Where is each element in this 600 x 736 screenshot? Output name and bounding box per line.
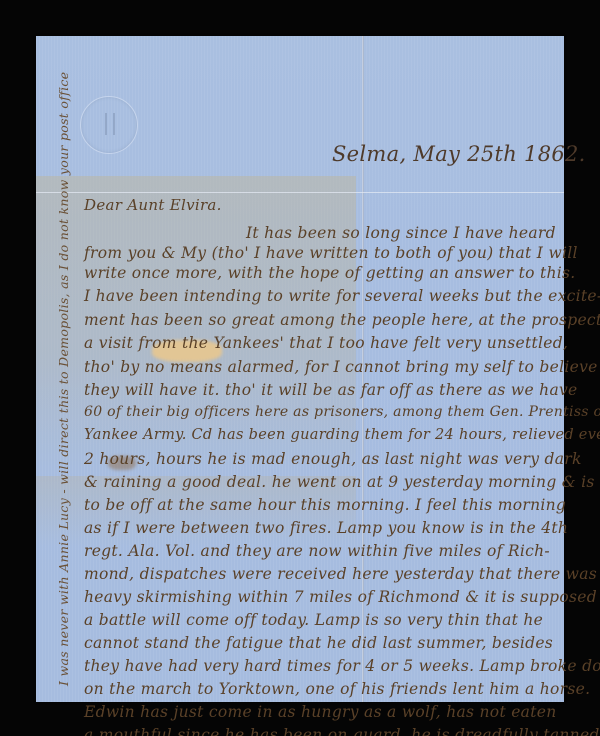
letter-line: Edwin has just come in as hungry as a wo… — [84, 703, 557, 721]
letter-line: on the march to Yorktown, one of his fri… — [84, 680, 590, 698]
letter-line: a visit from the Yankees' that I too hav… — [84, 334, 568, 352]
letter-line: tho' by no means alarmed, for I cannot b… — [84, 358, 598, 376]
letter-line: I have been intending to write for sever… — [84, 287, 600, 305]
letter-line: heavy skirmishing within 7 miles of Rich… — [84, 588, 597, 606]
letter-line: mond, dispatches were received here yest… — [84, 565, 597, 583]
letter-line: they have had very hard times for 4 or 5… — [84, 657, 600, 675]
letter-salutation: Dear Aunt Elvira. — [84, 196, 222, 214]
letter-line: from you & My (tho' I have written to bo… — [84, 244, 578, 262]
letter-line: write once more, with the hope of gettin… — [84, 264, 576, 282]
letter-line: a battle will come off today. Lamp is so… — [84, 611, 543, 629]
letter-line: & raining a good deal. he went on at 9 y… — [84, 473, 595, 491]
letter-line: ment has been so great among the people … — [84, 311, 600, 329]
letter-dateline: Selma, May 25th 1862. — [332, 142, 586, 166]
letter-line: Yankee Army. Cd has been guarding them f… — [84, 427, 600, 443]
letter-line: 60 of their big officers here as prisone… — [84, 404, 600, 420]
horizontal-fold-line — [36, 192, 564, 193]
embossed-stamp-icon — [80, 96, 138, 154]
letter-line: they will have it. tho' it will be as fa… — [84, 381, 578, 399]
letter-line: It has been so long since I have heard — [246, 224, 556, 242]
letter-line: 2 hours, hours he is mad enough, as last… — [84, 450, 582, 468]
letter-sheet: Selma, May 25th 1862. Dear Aunt Elvira. … — [36, 36, 564, 702]
margin-note-vertical: I was never with Annie Lucy - will direc… — [56, 72, 71, 686]
letter-line: to be off at the same hour this morning.… — [84, 496, 566, 514]
letter-line: as if I were between two fires. Lamp you… — [84, 519, 568, 537]
letter-line: cannot stand the fatigue that he did las… — [84, 634, 553, 652]
letter-line: a mouthful since he has been on guard, h… — [84, 726, 600, 736]
letter-line: regt. Ala. Vol. and they are now within … — [84, 542, 550, 560]
